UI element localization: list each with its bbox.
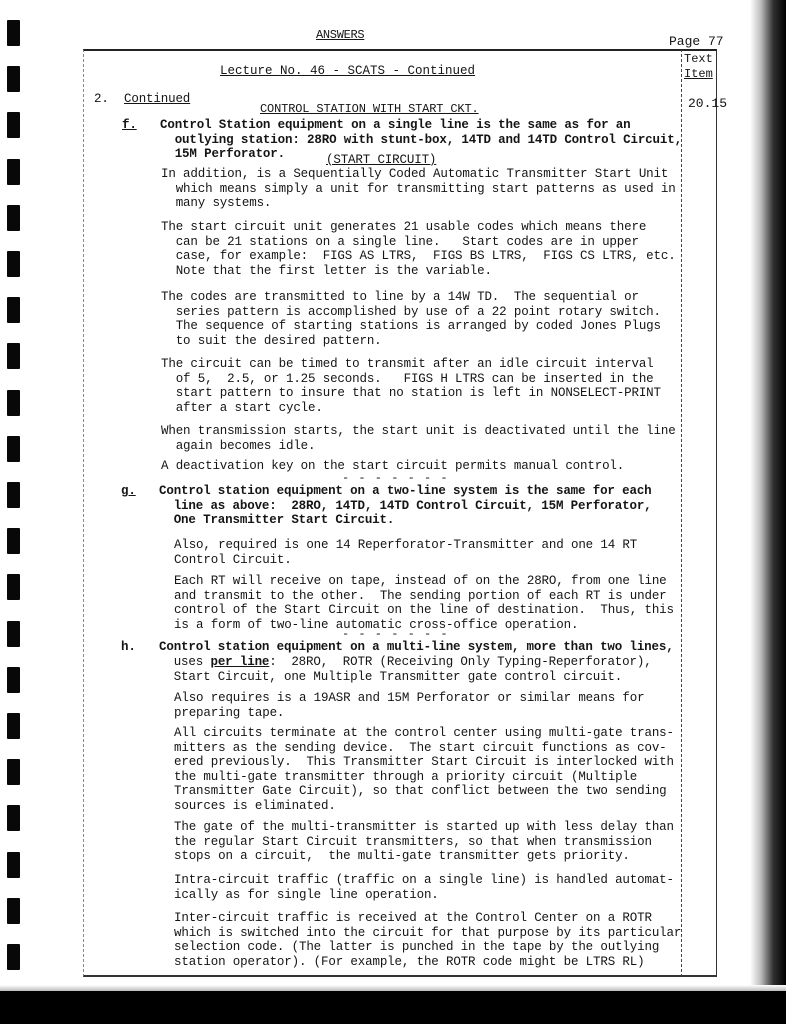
text-line: Intra-circuit traffic (traffic on a sing… [174,873,674,888]
text-line: Transmitter Gate Circuit), so that confl… [174,784,667,799]
text-line: Control Circuit. [174,553,292,568]
item-h-line2-suffix: : 28RO, ROTR (Receiving Only Typing-Repe… [269,655,651,669]
binder-hole [7,805,20,831]
binder-hole [7,667,20,693]
text-line: outlying station: 28RO with stunt-box, 1… [160,133,682,148]
text-line: Control Station equipment on a single li… [160,118,630,133]
start-circuit-heading: (START CIRCUIT) [326,153,436,168]
text-line: control of the Start Circuit on the line… [174,603,674,618]
section-heading-answers: ANSWERS [316,28,364,42]
text-line: preparing tape. [174,706,284,721]
binder-hole [7,343,20,369]
text-line: The gate of the multi-transmitter is sta… [174,820,674,835]
binder-hole [7,574,20,600]
text-line: sources is eliminated. [174,799,336,814]
text-line: Note that the first letter is the variab… [161,264,492,279]
binder-hole [7,159,20,185]
text-line: of 5, 2.5, or 1.25 seconds. FIGS H LTRS … [161,372,654,387]
binder-hole [7,482,20,508]
binder-hole [7,390,20,416]
binder-holes [7,0,23,990]
text-item-reference: 20.15 [688,96,727,111]
text-line: The sequence of starting stations is arr… [161,319,661,334]
text-line: and transmit to the other. The sending p… [174,589,667,604]
separator-1: - - - - - - - [342,471,449,485]
item-f-label: f. [122,118,137,133]
text-line: Also requires is a 19ASR and 15M Perfora… [174,691,644,706]
item-h-line1: Control station equipment on a multi-lin… [159,640,674,655]
text-line: can be 21 stations on a single line. Sta… [161,235,639,250]
column-header-line1: Text [684,52,713,67]
binder-hole [7,713,20,739]
page-number: Page 77 [669,34,724,49]
text-line: the multi-gate transmitter through a pri… [174,770,637,785]
text-item-column [681,49,717,977]
binder-hole [7,205,20,231]
binder-hole [7,852,20,878]
text-line: mitters as the sending device. The start… [174,741,667,756]
item-h-line3: Start Circuit, one Multiple Transmitter … [159,670,622,685]
text-line: stops on a circuit, the multi-gate trans… [174,849,630,864]
text-line: start pattern to insure that no station … [161,386,661,401]
item-g-label: g. [121,484,136,499]
binder-hole [7,20,20,46]
text-line: to suit the desired pattern. [161,334,382,349]
text-line: In addition, is a Sequentially Coded Aut… [161,167,668,182]
text-line: ically as for single line operation. [174,888,439,903]
section-subtitle: CONTROL STATION WITH START CKT. [260,102,479,117]
text-line: The circuit can be timed to transmit aft… [161,357,654,372]
text-line: again becomes idle. [161,439,315,454]
text-line: Each RT will receive on tape, instead of… [174,574,667,589]
binder-hole [7,944,20,970]
text-line: Inter-circuit traffic is received at the… [174,911,652,926]
column-header-line2: Item [684,67,713,82]
text-line: after a start cycle. [161,401,323,416]
binder-hole [7,436,20,462]
text-line: Control station equipment on a two-line … [159,484,652,499]
text-line: station operator). (For example, the ROT… [174,955,644,970]
text-line: the regular Start Circuit transmitters, … [174,835,652,850]
binder-hole [7,621,20,647]
scan-edge-shadow [750,0,786,1024]
text-line: which is switched into the circuit for t… [174,926,681,941]
binder-hole [7,759,20,785]
item-h-label: h. [121,640,136,655]
text-line: many systems. [161,196,271,211]
text-line: line as above: 28RO, 14TD, 14TD Control … [159,499,652,514]
text-line: series pattern is accomplished by use of… [161,305,661,320]
text-line: ered previously. This Transmitter Start … [174,755,674,770]
text-line: When transmission starts, the start unit… [161,424,676,439]
text-line: case, for example: FIGS AS LTRS, FIGS BS… [161,249,676,264]
separator-2: - - - - - - - [342,627,449,641]
text-line: One Transmitter Start Circuit. [159,513,394,528]
text-line: The codes are transmitted to line by a 1… [161,290,639,305]
binder-hole [7,528,20,554]
section-title: Continued [124,92,190,107]
text-line: All circuits terminate at the control ce… [174,726,674,741]
scan-bottom-edge [0,991,786,1024]
binder-hole [7,112,20,138]
binder-hole [7,251,20,277]
binder-hole [7,297,20,323]
lecture-title: Lecture No. 46 - SCATS - Continued [220,64,475,78]
item-h-per-line: per line [210,655,269,669]
item-h-line2: uses per line: 28RO, ROTR (Receiving Onl… [159,655,652,670]
item-h-line2-prefix: uses [159,655,210,669]
section-number: 2. [94,92,109,107]
text-line: selection code. (The latter is punched i… [174,940,659,955]
text-line: The start circuit unit generates 21 usab… [161,220,646,235]
text-line: Also, required is one 14 Reperforator-Tr… [174,538,637,553]
binder-hole [7,898,20,924]
text-line: 15M Perforator. [160,147,285,162]
text-item-column-header: Text Item [684,52,713,82]
text-line: which means simply a unit for transmitti… [161,182,676,197]
binder-hole [7,66,20,92]
